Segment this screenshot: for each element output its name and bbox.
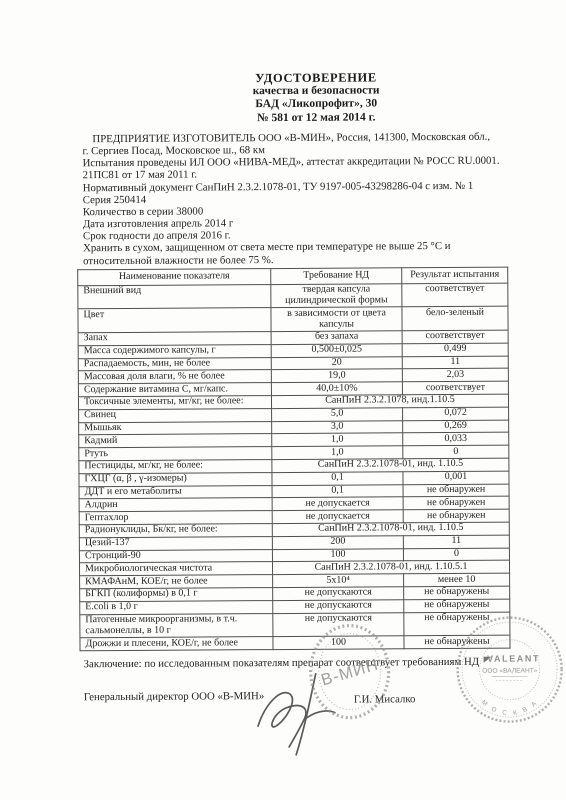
result-cell: соответствует — [402, 381, 508, 394]
indicator-name-cell: Мышьяк — [79, 421, 272, 435]
indicator-name-cell: Массовая доля влаги, % не более — [78, 370, 271, 384]
requirement-cell: 19,0 — [271, 369, 402, 383]
requirement-cell: 5х10⁴ — [273, 574, 404, 588]
indicators-table-body: Внешний видтвердая капсула цилиндрическо… — [78, 283, 510, 651]
result-cell: 2,03 — [402, 368, 508, 381]
document-info-block: ПРЕДПРИЯТИЕ ИЗГОТОВИТЕЛЬ ООО «В-МИН», Ро… — [82, 131, 511, 267]
result-cell: менее 10 — [404, 573, 510, 586]
indicator-name-cell: БГКП (колиформы) в 0,1 г — [80, 587, 273, 601]
indicator-name-cell: Масса содержимого капсулы, г — [78, 344, 271, 358]
indicator-name-cell: КМАФАнМ, КОЕ/г, не более — [80, 575, 273, 589]
indicator-name-cell: Цвет — [78, 308, 271, 333]
indicator-name-cell: ГХЦГ (α, β , γ-изомеры) — [79, 472, 272, 486]
requirement-cell: не допускаются — [273, 587, 404, 601]
indicator-name-cell: Запах — [78, 332, 271, 346]
result-cell: не обнаружены — [404, 586, 510, 599]
requirement-cell: 0,500±0,025 — [271, 344, 402, 358]
table-row: Внешний видтвердая капсула цилиндрическо… — [78, 283, 508, 309]
indicator-name-cell: Алдрин — [79, 498, 272, 512]
vmin-round-stamp: В-МИН — [306, 620, 393, 723]
indicator-name-cell: Содержание витамина С, мг/капс. — [78, 383, 271, 397]
result-cell: 0,269 — [403, 420, 509, 433]
header-indicator-name: Наименование показателя — [78, 269, 271, 286]
requirement-cell: 200 — [272, 536, 403, 550]
table-row: Дрожжи и плесени, КОЕ/г, не более100не о… — [80, 635, 510, 650]
result-cell: 11 — [402, 356, 508, 369]
indicator-name-cell: Пестициды, мг/кг, не более: — [79, 460, 272, 474]
indicator-name-cell: Микробиологическая чистота — [79, 562, 272, 576]
requirement-cell: 5,0 — [272, 408, 403, 422]
result-cell: не обнаружен — [403, 509, 509, 522]
indicator-name-cell: Дрожжи и плесени, КОЕ/г, не более — [80, 637, 273, 651]
requirement-cell: не допускается — [272, 510, 403, 524]
title-number-line: № 581 от 12 мая 2014 г. — [101, 110, 531, 126]
table-row: Патогенные микроорганизмы, в т.ч. сальмо… — [80, 612, 510, 638]
indicator-name-cell: Распадаемость, мин, не более — [78, 357, 271, 371]
result-cell: не обнаружен — [403, 496, 509, 509]
info-line: относительной влажности не более 75 %. — [83, 252, 511, 267]
requirement-cell: твердая капсула цилиндрической формы — [271, 284, 402, 308]
certificate-page: УДОСТОВЕРЕНИЕ качества и безопасности БА… — [0, 0, 566, 800]
document-title-block: УДОСТОВЕРЕНИЕ качества и безопасности БА… — [101, 70, 531, 125]
requirement-cell: не допускается — [272, 497, 403, 511]
indicator-name-cell: Свинец — [79, 408, 272, 422]
result-cell: соответствует — [402, 330, 508, 343]
valeant-round-stamp: VALEANT ООО «ВАЛЕАНТ» М О С К В А — [450, 612, 566, 727]
result-cell: соответствует — [402, 283, 508, 307]
result-cell: не обнаружены — [404, 599, 510, 612]
valeant-org-text: ООО «ВАЛЕАНТ» — [482, 667, 537, 674]
result-cell: 0,033 — [403, 432, 509, 445]
result-cell: 0,072 — [403, 407, 509, 420]
indicator-name-cell: Цезий-137 — [79, 536, 272, 550]
indicator-name-cell: Гептахлор — [79, 511, 272, 525]
requirement-cell: 0,1 — [272, 472, 403, 486]
indicator-name-cell: Патогенные микроорганизмы, в т.ч. сальмо… — [80, 613, 273, 638]
indicator-name-cell: Радионуклиды, Бк/кг, не более: — [79, 524, 272, 538]
requirement-cell: 0,1 — [272, 484, 403, 498]
result-cell: не обнаружен — [403, 484, 509, 497]
indicator-name-cell: Кадмий — [79, 434, 272, 448]
valeant-brand-text: VALEANT — [487, 653, 540, 663]
requirement-cell: 1,0 — [272, 433, 403, 447]
scanned-document: УДОСТОВЕРЕНИЕ качества и безопасности БА… — [0, 0, 566, 800]
header-requirement: Требование НД — [271, 268, 402, 285]
indicator-name-cell: ДДТ и его метаболиты — [79, 485, 272, 499]
indicator-name-cell: Ртуть — [79, 447, 272, 461]
result-cell: 0 — [403, 548, 509, 561]
result-cell: 11 — [403, 535, 509, 548]
indicator-name-cell: E.coli в 1,0 г — [80, 600, 273, 614]
valeant-city-text: М О С К В А — [480, 699, 540, 718]
requirement-cell: 1,0 — [272, 446, 403, 460]
requirement-cell: 100 — [272, 548, 403, 562]
requirement-cell: без запаха — [271, 331, 402, 345]
result-cell: 0 — [403, 445, 509, 458]
requirement-cell: не допускаются — [273, 599, 404, 613]
indicator-name-cell: Стронций-90 — [79, 549, 272, 563]
table-row: Цветв зависимости от цвета капсулыбело-з… — [78, 307, 508, 333]
result-cell: бело-зеленый — [402, 307, 508, 331]
vmin-stamp-text: В-МИН — [319, 656, 381, 690]
requirement-cell: в зависимости от цвета капсулы — [271, 307, 402, 331]
result-cell: 0,499 — [402, 343, 508, 356]
result-cell: 0,001 — [403, 471, 509, 484]
requirement-cell: 3,0 — [272, 420, 403, 434]
director-title: Генеральный директор ООО «В-МИН» — [84, 690, 264, 703]
indicators-table: Наименование показателя Требование НД Ре… — [77, 267, 510, 652]
indicator-name-cell: Внешний вид — [78, 284, 271, 309]
header-result: Результат испытания — [402, 267, 508, 283]
requirement-cell: 40,0±10% — [271, 382, 402, 396]
svg-text:М О С К В А: М О С К В А — [480, 699, 540, 718]
requirement-cell: 20 — [271, 356, 402, 370]
indicator-name-cell: Токсичные элементы, мг/кг, не более: — [78, 396, 271, 410]
